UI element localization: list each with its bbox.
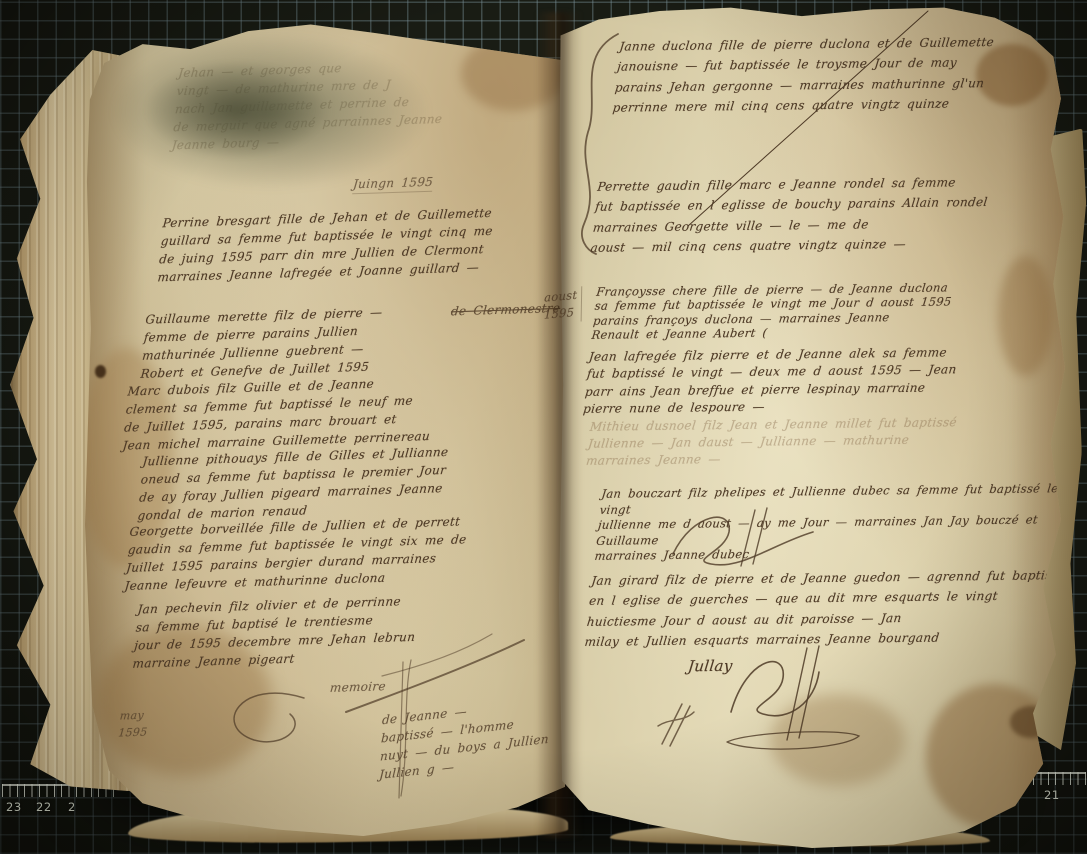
wormhole bbox=[95, 365, 106, 378]
baptism-entry: Jan girard filz de pierre et de Jeanne g… bbox=[584, 565, 1065, 652]
right-page: Janne duclona fille de pierre duclona et… bbox=[558, 6, 1066, 848]
stain bbox=[770, 694, 905, 786]
signature: Jullay bbox=[687, 654, 734, 680]
ruler-number: 23 bbox=[6, 800, 22, 814]
baptism-entry: Françoysse chere fille de pierre — de Je… bbox=[591, 279, 1052, 342]
ruler-number: 21 bbox=[1044, 788, 1060, 802]
baptism-entry: Jan bouczart filz phelipes et Jullienne … bbox=[594, 481, 1068, 564]
baptism-entry: Perrette gaudin fille marc e Jeanne rond… bbox=[590, 171, 1054, 258]
margin-note-may-1595: may 1595 bbox=[118, 707, 150, 741]
memo-heading: memoire bbox=[329, 677, 386, 697]
baptism-entry: Jan pechevin filz olivier et de perrinne… bbox=[132, 587, 558, 672]
baptism-entry: Mithieu dusnoel filz Jean et Jeanne mill… bbox=[585, 413, 1036, 469]
baptism-entry: Georgette borveillée fille de Jullien et… bbox=[124, 509, 570, 595]
ruler-number: 22 bbox=[36, 800, 52, 814]
left-page: Jehan — et georges que vingt — de mathur… bbox=[85, 18, 565, 836]
baptism-entry: Guillaume merette filz de pierre — femme… bbox=[140, 301, 446, 383]
photo-stage: 23 22 2 20 21 Jehan — et georges que vin… bbox=[0, 0, 1087, 854]
baptism-entry: Janne duclona fille de pierre duclona et… bbox=[612, 31, 1053, 118]
page-heading: Juingn 1595 bbox=[352, 173, 434, 195]
margin-note-aoust-1595: aoust 1595 bbox=[544, 286, 583, 324]
ruler-number: 2 bbox=[68, 800, 76, 814]
baptism-entry: Perrine bresgart fille de Jehan et de Gu… bbox=[157, 202, 563, 287]
ink-flourish bbox=[648, 698, 708, 750]
baptism-entry: Jean lafregée filz pierre et de Jeanne a… bbox=[582, 343, 1055, 418]
gutter-shadow bbox=[536, 12, 582, 838]
mold-stain bbox=[143, 60, 328, 160]
